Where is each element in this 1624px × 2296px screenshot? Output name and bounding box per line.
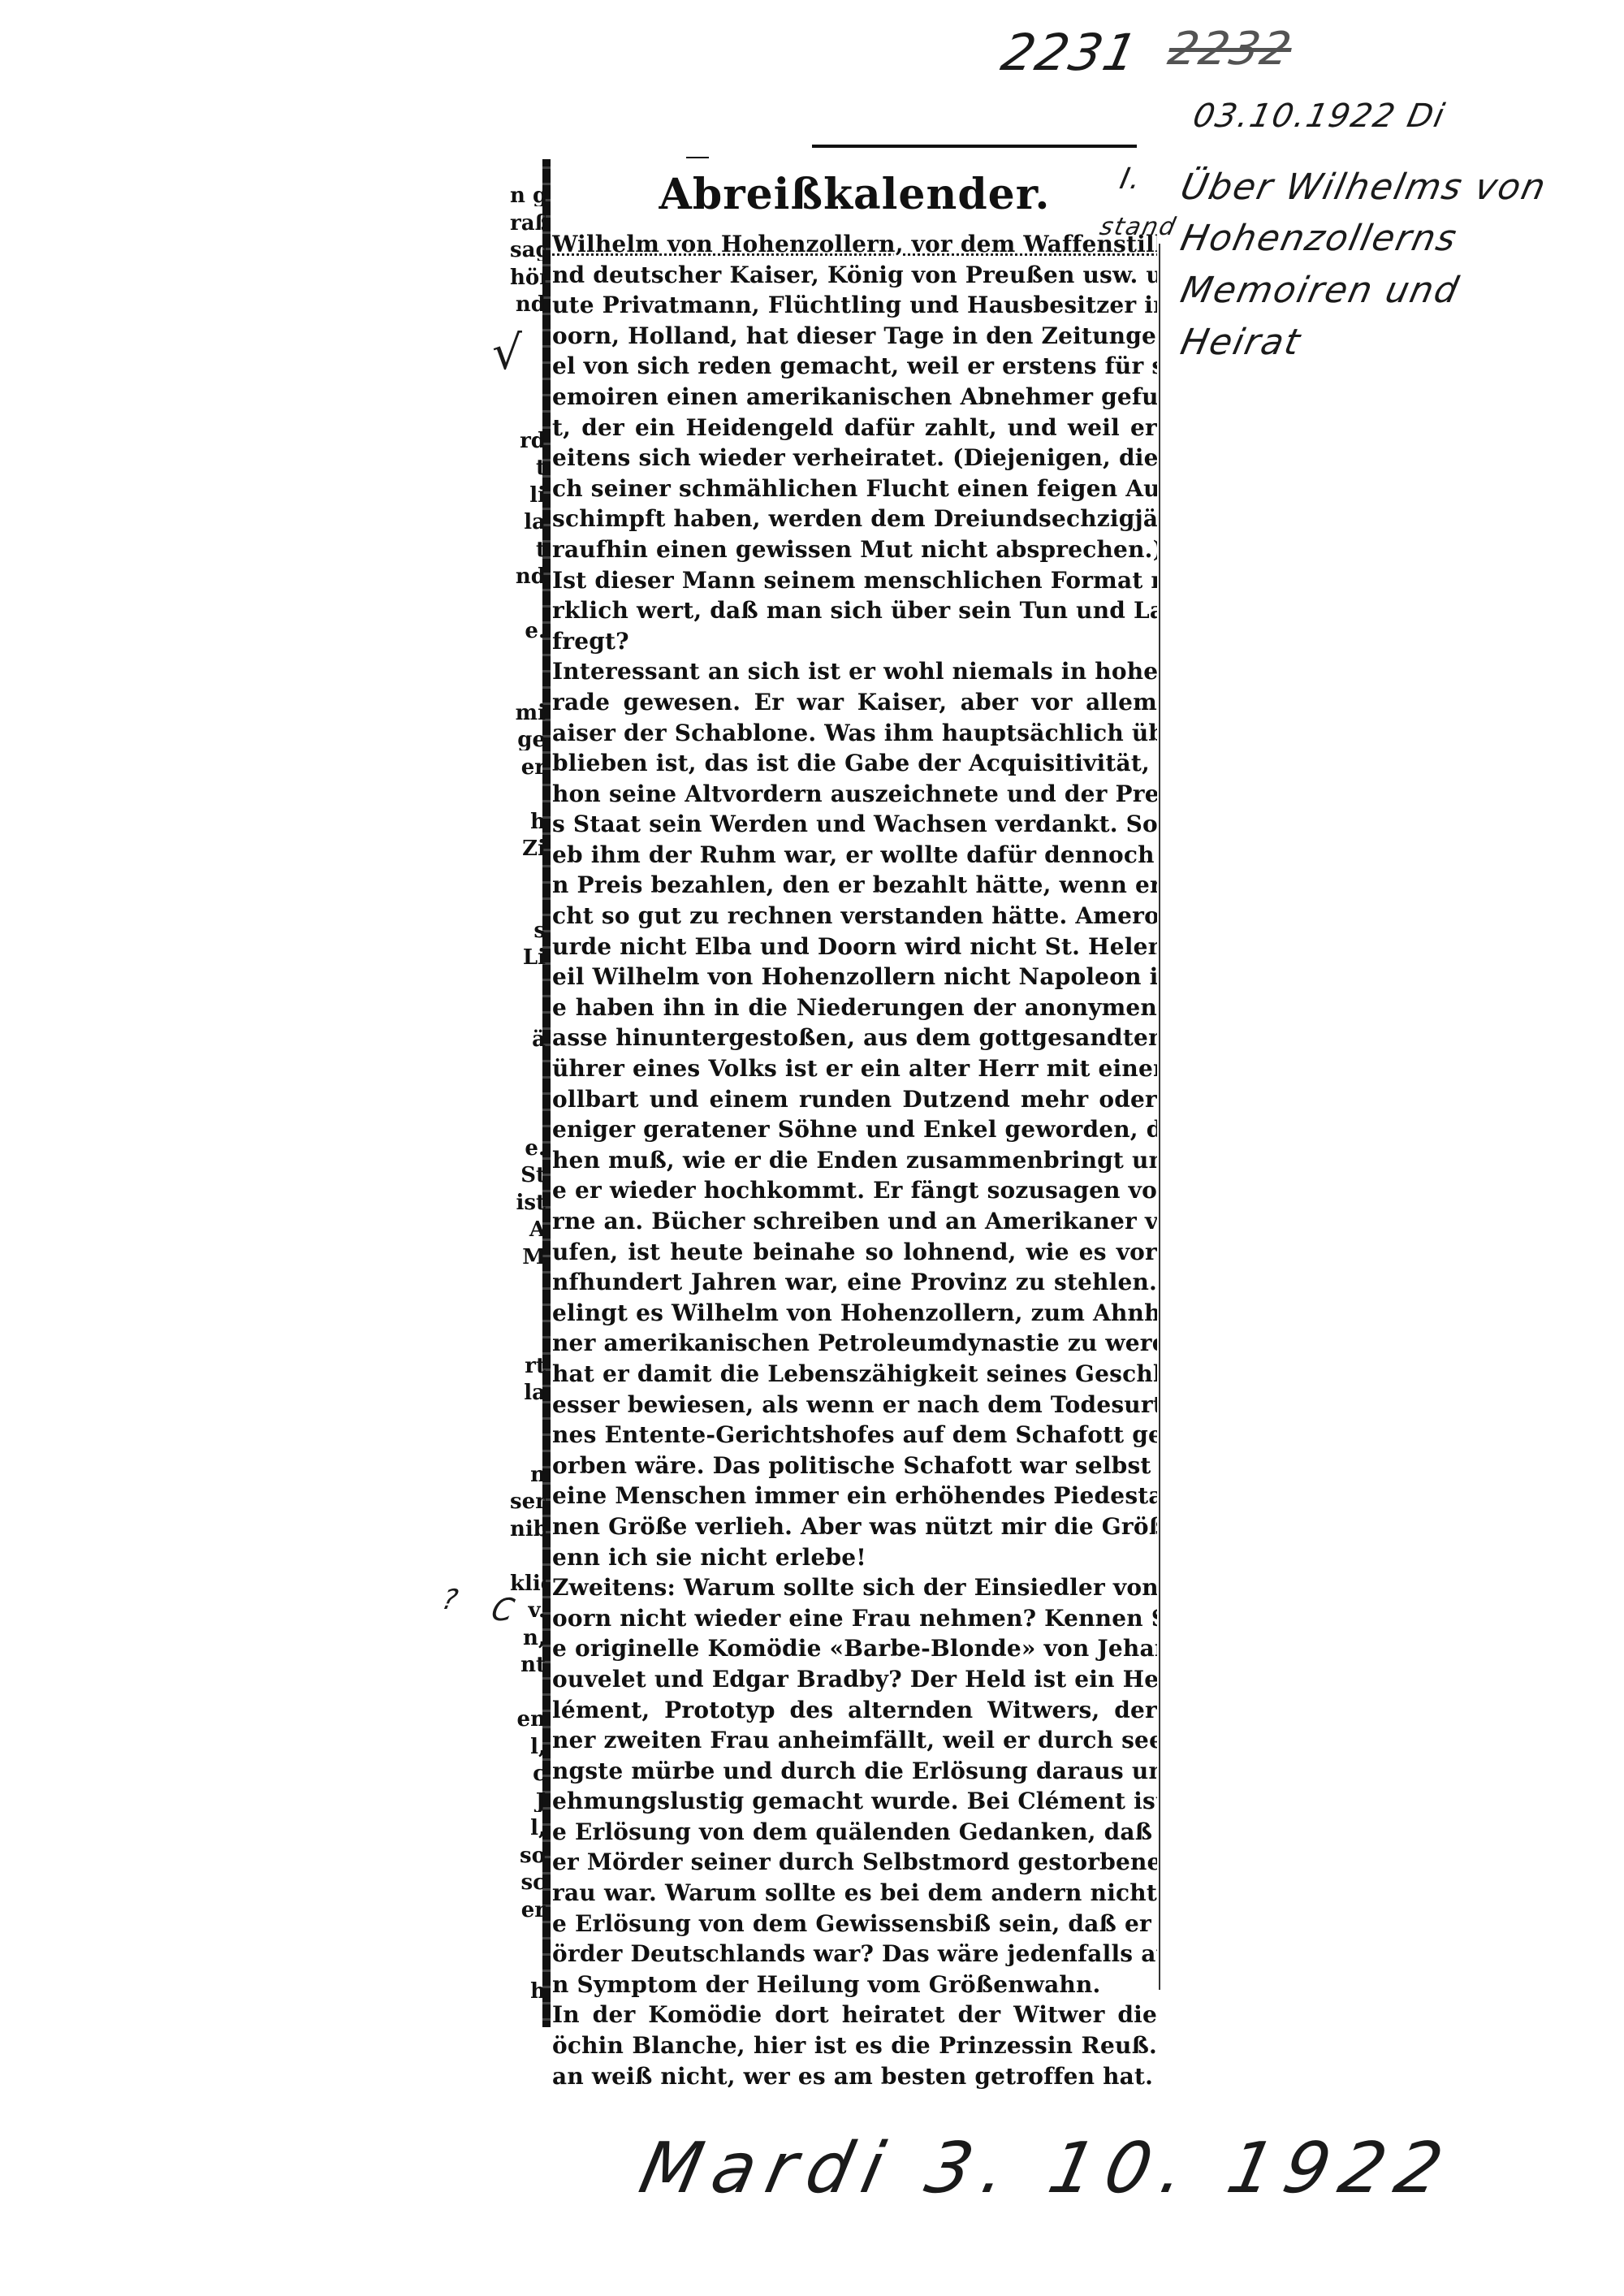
margin-fragment: n g	[510, 185, 546, 206]
article-line: eitens sich wieder verheiratet. (Diejeni…	[552, 443, 1157, 473]
article-line-text: t, der ein Heidengeld dafür zahlt, und w…	[552, 414, 1157, 441]
article-line: cht so gut zu rechnen verstanden hätte. …	[552, 901, 1157, 932]
article-line-text: blieben ist, das ist die Gabe der Acquis…	[552, 750, 1157, 776]
article-line-text: oorn, Holland, hat dieser Tage in den Ze…	[552, 322, 1157, 349]
margin-fragment: Li	[510, 947, 546, 968]
article-line: el von sich reden gemacht, weil er erste…	[552, 351, 1157, 382]
article-line: lément, Prototyp des alternden Witwers, …	[552, 1695, 1157, 1726]
article-line-text: aiser der Schablone. Was ihm hauptsächli…	[552, 720, 1157, 746]
margin-fragment: St	[510, 1165, 546, 1186]
margin-fragment: h	[510, 1981, 546, 2002]
article-line-text: nes Entente-Gerichtshofes auf dem Schafo…	[552, 1421, 1157, 1448]
article-line-text: eniger geratener Söhne und Enkel geworde…	[552, 1116, 1157, 1143]
article-line: orben wäre. Das politische Schafott war …	[552, 1451, 1157, 1481]
margin-fragment: nd	[510, 566, 546, 587]
margin-fragment: J	[510, 1791, 546, 1812]
article-line: ührer eines Volks ist er ein alter Herr …	[552, 1053, 1157, 1084]
article-line-text: örder Deutschlands war? Das wäre jedenfa…	[552, 1940, 1157, 1967]
margin-fragment: t	[510, 539, 546, 560]
margin-fragment: Zi	[510, 838, 546, 859]
margin-fragment: ä	[510, 1029, 546, 1050]
article-line-text: emoiren einen amerikanischen Abnehmer ge…	[552, 383, 1157, 410]
article-line-text: ollbart und einem runden Dutzend mehr od…	[552, 1086, 1157, 1113]
article-line-text: nd deutscher Kaiser, König von Preußen u…	[552, 262, 1157, 288]
topic-note-line: Hohenzollerns	[1177, 218, 1462, 259]
article-body: Wilhelm von Hohenzollern, vor dem Waffen…	[552, 229, 1157, 2091]
article-line-text: hen muß, wie er die Enden zusammenbringt…	[552, 1147, 1157, 1174]
article-line-text: asse hinuntergestoßen, aus dem gottgesan…	[552, 1024, 1157, 1051]
article-line-text: Wilhelm von Hohenzollern, vor dem Waffen…	[552, 231, 1157, 257]
margin-fragment: raß	[510, 213, 546, 234]
article-line-text: orben wäre. Das politische Schafott war …	[552, 1452, 1157, 1479]
margin-fragment: ist	[510, 1192, 546, 1213]
article-line: esser bewiesen, als wenn er nach dem Tod…	[552, 1390, 1157, 1420]
article-line: oorn nicht wieder eine Frau nehmen? Kenn…	[552, 1603, 1157, 1634]
margin-fragment: s	[510, 920, 546, 941]
article-line: eb ihm der Ruhm war, er wollte dafür den…	[552, 840, 1157, 871]
article-line-text: rklich wert, daß man sich über sein Tun …	[552, 597, 1157, 624]
margin-fragment: mi	[510, 703, 546, 724]
margin-fragment: li	[510, 485, 546, 506]
article-line-text: oorn nicht wieder eine Frau nehmen? Kenn…	[552, 1605, 1157, 1632]
article-line: ute Privatmann, Flüchtling und Hausbesit…	[552, 290, 1157, 321]
article-line: asse hinuntergestoßen, aus dem gottgesan…	[552, 1023, 1157, 1053]
article-line: fregt?	[552, 626, 1157, 657]
article-line: urde nicht Elba und Doorn wird nicht St.…	[552, 932, 1157, 962]
article-line: Interessant an sich ist er wohl niemals …	[552, 656, 1157, 687]
article-line: enn ich sie nicht erlebe!	[552, 1542, 1157, 1573]
article-line-text: eine Menschen immer ein erhöhendes Piede…	[552, 1482, 1157, 1509]
article-line: hon seine Altvordern auszeichnete und de…	[552, 779, 1157, 810]
article-line: e Erlösung von dem Gewissensbiß sein, da…	[552, 1909, 1157, 1939]
article-line-text: an weiß nicht, wer es am besten getroffe…	[552, 2063, 1153, 2090]
margin-fragment: so	[510, 1845, 546, 1866]
margin-fragment: e.	[510, 620, 546, 642]
article-line: elingt es Wilhelm von Hohenzollern, zum …	[552, 1298, 1157, 1329]
margin-question-mark: ?	[439, 1584, 463, 1616]
margin-fragment: hör	[510, 267, 546, 288]
article-line-text: eitens sich wieder verheiratet. (Diejeni…	[552, 444, 1157, 471]
margin-fragment: klie	[510, 1573, 546, 1594]
article-line-text: cht so gut zu rechnen verstanden hätte. …	[552, 902, 1157, 929]
article-line: oorn, Holland, hat dieser Tage in den Ze…	[552, 321, 1157, 352]
article-line-text: eil Wilhelm von Hohenzollern nicht Napol…	[552, 963, 1157, 990]
article-line-text: enn ich sie nicht erlebe!	[552, 1544, 866, 1571]
margin-fragment: la	[510, 512, 546, 533]
article-line-text: ührer eines Volks ist er ein alter Herr …	[552, 1055, 1157, 1082]
article-line: ufen, ist heute beinahe so lohnend, wie …	[552, 1237, 1157, 1268]
article-line-text: e Erlösung von dem quälenden Gedanken, d…	[552, 1818, 1157, 1845]
article-headline: Abreißkalender.	[552, 162, 1157, 227]
article-line-text: e er wieder hochkommt. Er fängt sozusage…	[552, 1177, 1157, 1204]
article-line: ner amerikanischen Petroleumdynastie zu …	[552, 1328, 1157, 1359]
article-line-text: Zweitens: Warum sollte sich der Einsiedl…	[552, 1574, 1157, 1601]
article-line-text: e originelle Komödie «Barbe-Blonde» von …	[552, 1635, 1157, 1662]
margin-fragment: sen	[510, 1491, 546, 1512]
article-line: schimpft haben, werden dem Dreiundsechzi…	[552, 504, 1157, 534]
topic-note-line: Heirat	[1177, 322, 1306, 363]
margin-fragment: c	[510, 1763, 546, 1784]
article-line: emoiren einen amerikanischen Abnehmer ge…	[552, 382, 1157, 413]
article-line-text: eb ihm der Ruhm war, er wollte dafür den…	[552, 841, 1157, 868]
article-line-text: hat er damit die Lebenszähigkeit seines …	[552, 1360, 1157, 1387]
archive-number: 2231	[996, 23, 1143, 82]
article-line: Ist dieser Mann seinem menschlichen Form…	[552, 565, 1157, 596]
margin-fragment: rd	[510, 430, 546, 452]
article-line-text: fregt?	[552, 628, 629, 655]
article-line: öchin Blanche, hier ist es die Prinzessi…	[552, 2030, 1157, 2061]
article-line-text: er Mörder seiner durch Selbstmord gestor…	[552, 1848, 1157, 1875]
margin-fragment: n	[510, 1464, 546, 1485]
article-line: nd deutscher Kaiser, König von Preußen u…	[552, 260, 1157, 291]
margin-fragment: nd	[510, 294, 546, 315]
article-line-text: Ist dieser Mann seinem menschlichen Form…	[552, 567, 1157, 594]
article-line-text: urde nicht Elba und Doorn wird nicht St.…	[552, 933, 1157, 960]
margin-fragment: h	[510, 811, 546, 832]
article-line: In der Komödie dort heiratet der Witwer …	[552, 2000, 1157, 2030]
article-line: rne an. Bücher schreiben und an Amerikan…	[552, 1206, 1157, 1237]
article-line: e er wieder hochkommt. Er fängt sozusage…	[552, 1175, 1157, 1206]
margin-fragment: t	[510, 457, 546, 478]
article-line-text: e haben ihn in die Niederungen der anony…	[552, 994, 1157, 1021]
article-line: eil Wilhelm von Hohenzollern nicht Napol…	[552, 962, 1157, 992]
margin-fragment: en	[510, 1709, 546, 1730]
article-line-text: nen Größe verlieh. Aber was nützt mir di…	[552, 1513, 1157, 1540]
article-line-text: schimpft haben, werden dem Dreiundsechzi…	[552, 505, 1157, 532]
margin-fragment: nib	[510, 1519, 546, 1540]
article-line: raufhin einen gewissen Mut nicht absprec…	[552, 534, 1157, 565]
article-line: eniger geratener Söhne und Enkel geworde…	[552, 1114, 1157, 1145]
margin-fragment: rt	[510, 1356, 546, 1377]
article-line-text: ufen, ist heute beinahe so lohnend, wie …	[552, 1239, 1157, 1265]
margin-fragment: nt	[510, 1654, 546, 1676]
column-rule-fragment	[686, 157, 709, 158]
margin-fragment: er	[510, 757, 546, 778]
article-line: ouvelet und Edgar Bradby? Der Held ist e…	[552, 1664, 1157, 1695]
article-line: ollbart und einem runden Dutzend mehr od…	[552, 1084, 1157, 1115]
article-line-text: ner amerikanischen Petroleumdynastie zu …	[552, 1330, 1157, 1356]
article-line: aiser der Schablone. Was ihm hauptsächli…	[552, 718, 1157, 749]
article-line-text: ner zweiten Frau anheimfällt, weil er du…	[552, 1727, 1157, 1753]
article-line: hat er damit die Lebenszähigkeit seines …	[552, 1359, 1157, 1390]
margin-fragment: n,	[510, 1628, 546, 1649]
article-line: ch seiner schmählichen Flucht einen feig…	[552, 473, 1157, 504]
article-line-text: Interessant an sich ist er wohl niemals …	[552, 658, 1157, 685]
topic-note-line: Über Wilhelms von	[1177, 166, 1551, 208]
handwritten-bottom-date: Mardi 3. 10. 1922	[633, 2128, 1461, 2209]
article-line: n Symptom der Heilung vom Größenwahn.	[552, 1970, 1157, 2000]
margin-fragment: sc	[510, 1872, 546, 1893]
margin-fragment: la	[510, 1382, 546, 1403]
article-line-text: ehmungslustig gemacht wurde. Bei Clément…	[552, 1788, 1157, 1814]
margin-fragment: sag	[510, 240, 546, 261]
article-line: nen Größe verlieh. Aber was nützt mir di…	[552, 1511, 1157, 1542]
handwritten-date-note: 03.10.1922 Di	[1190, 97, 1449, 135]
margin-fragment: v.	[510, 1600, 546, 1621]
article-line: ngste mürbe und durch die Erlösung darau…	[552, 1756, 1157, 1787]
article-line-text: ute Privatmann, Flüchtling und Hausbesit…	[552, 292, 1157, 318]
article-line-text: rade gewesen. Er war Kaiser, aber vor al…	[552, 689, 1157, 716]
article-line-text: raufhin einen gewissen Mut nicht absprec…	[552, 536, 1157, 563]
article-line-text: e Erlösung von dem Gewissensbiß sein, da…	[552, 1910, 1157, 1937]
article-line: blieben ist, das ist die Gabe der Acquis…	[552, 748, 1157, 779]
article-line-text: nfhundert Jahren war, eine Provinz zu st…	[552, 1269, 1157, 1295]
check-mark-icon: √	[492, 325, 524, 380]
article-line-text: öchin Blanche, hier ist es die Prinzessi…	[552, 2032, 1157, 2059]
article-line-text: el von sich reden gemacht, weil er erste…	[552, 352, 1157, 379]
article-line: hen muß, wie er die Enden zusammenbringt…	[552, 1145, 1157, 1176]
article-line: örder Deutschlands war? Das wäre jedenfa…	[552, 1939, 1157, 1970]
column-rule	[812, 145, 1137, 148]
article-line: er Mörder seiner durch Selbstmord gestor…	[552, 1847, 1157, 1878]
article-line: an weiß nicht, wer es am besten getroffe…	[552, 2061, 1157, 2092]
article-line: e originelle Komödie «Barbe-Blonde» von …	[552, 1633, 1157, 1664]
article-line-text: In der Komödie dort heiratet der Witwer …	[552, 2001, 1157, 2028]
margin-fragment: A	[510, 1219, 546, 1240]
article-line-text: esser bewiesen, als wenn er nach dem Tod…	[552, 1391, 1157, 1418]
article-line: nes Entente-Gerichtshofes auf dem Schafo…	[552, 1420, 1157, 1451]
article-line-text: ouvelet und Edgar Bradby? Der Held ist e…	[552, 1666, 1157, 1693]
article-line: rklich wert, daß man sich über sein Tun …	[552, 595, 1157, 626]
article-line: e haben ihn in die Niederungen der anony…	[552, 992, 1157, 1023]
article-line: rau war. Warum sollte es bei dem andern …	[552, 1878, 1157, 1909]
margin-fragment: M	[510, 1247, 546, 1268]
article-line-text: n Symptom der Heilung vom Größenwahn.	[552, 1971, 1100, 1998]
margin-fragment: l,	[510, 1818, 546, 1839]
clipping-right-edge	[1159, 244, 1160, 1990]
article-line: ner zweiten Frau anheimfällt, weil er du…	[552, 1725, 1157, 1756]
article-line-text: s Staat sein Werden und Wachsen verdankt…	[552, 811, 1157, 837]
article-line-text: hon seine Altvordern auszeichnete und de…	[552, 780, 1157, 807]
article-line: Zweitens: Warum sollte sich der Einsiedl…	[552, 1572, 1157, 1603]
article-line-text: elingt es Wilhelm von Hohenzollern, zum …	[552, 1299, 1157, 1326]
article-line: rade gewesen. Er war Kaiser, aber vor al…	[552, 687, 1157, 718]
margin-fragment: ge	[510, 729, 546, 750]
article-line: ehmungslustig gemacht wurde. Bei Clément…	[552, 1786, 1157, 1817]
article-line: e Erlösung von dem quälenden Gedanken, d…	[552, 1817, 1157, 1848]
margin-fragment: er	[510, 1900, 546, 1921]
article-line-text: rau war. Warum sollte es bei dem andern …	[552, 1879, 1157, 1906]
article-line: Wilhelm von Hohenzollern, vor dem Waffen…	[552, 229, 1157, 260]
article-line-text: rne an. Bücher schreiben und an Amerikan…	[552, 1208, 1157, 1234]
topic-note-line: Memoiren und	[1177, 270, 1464, 311]
article-line: eine Menschen immer ein erhöhendes Piede…	[552, 1481, 1157, 1511]
margin-fragment: l,	[510, 1736, 546, 1758]
article-line: n Preis bezahlen, den er bezahlt hätte, …	[552, 870, 1157, 901]
article-line-text: ch seiner schmählichen Flucht einen feig…	[552, 475, 1157, 502]
margin-fragment: e.	[510, 1138, 546, 1159]
article-line-text: ngste mürbe und durch die Erlösung darau…	[552, 1758, 1157, 1784]
article-line-text: lément, Prototyp des alternden Witwers, …	[552, 1697, 1157, 1723]
article-line: nfhundert Jahren war, eine Provinz zu st…	[552, 1267, 1157, 1298]
article-line-text: n Preis bezahlen, den er bezahlt hätte, …	[552, 871, 1157, 898]
newspaper-clipping: Abreißkalender. Wilhelm von Hohenzollern…	[552, 162, 1157, 2091]
article-line: s Staat sein Werden und Wachsen verdankt…	[552, 809, 1157, 840]
archive-number-crossed: 2232	[1164, 23, 1297, 76]
article-line: t, der ein Heidengeld dafür zahlt, und w…	[552, 413, 1157, 443]
